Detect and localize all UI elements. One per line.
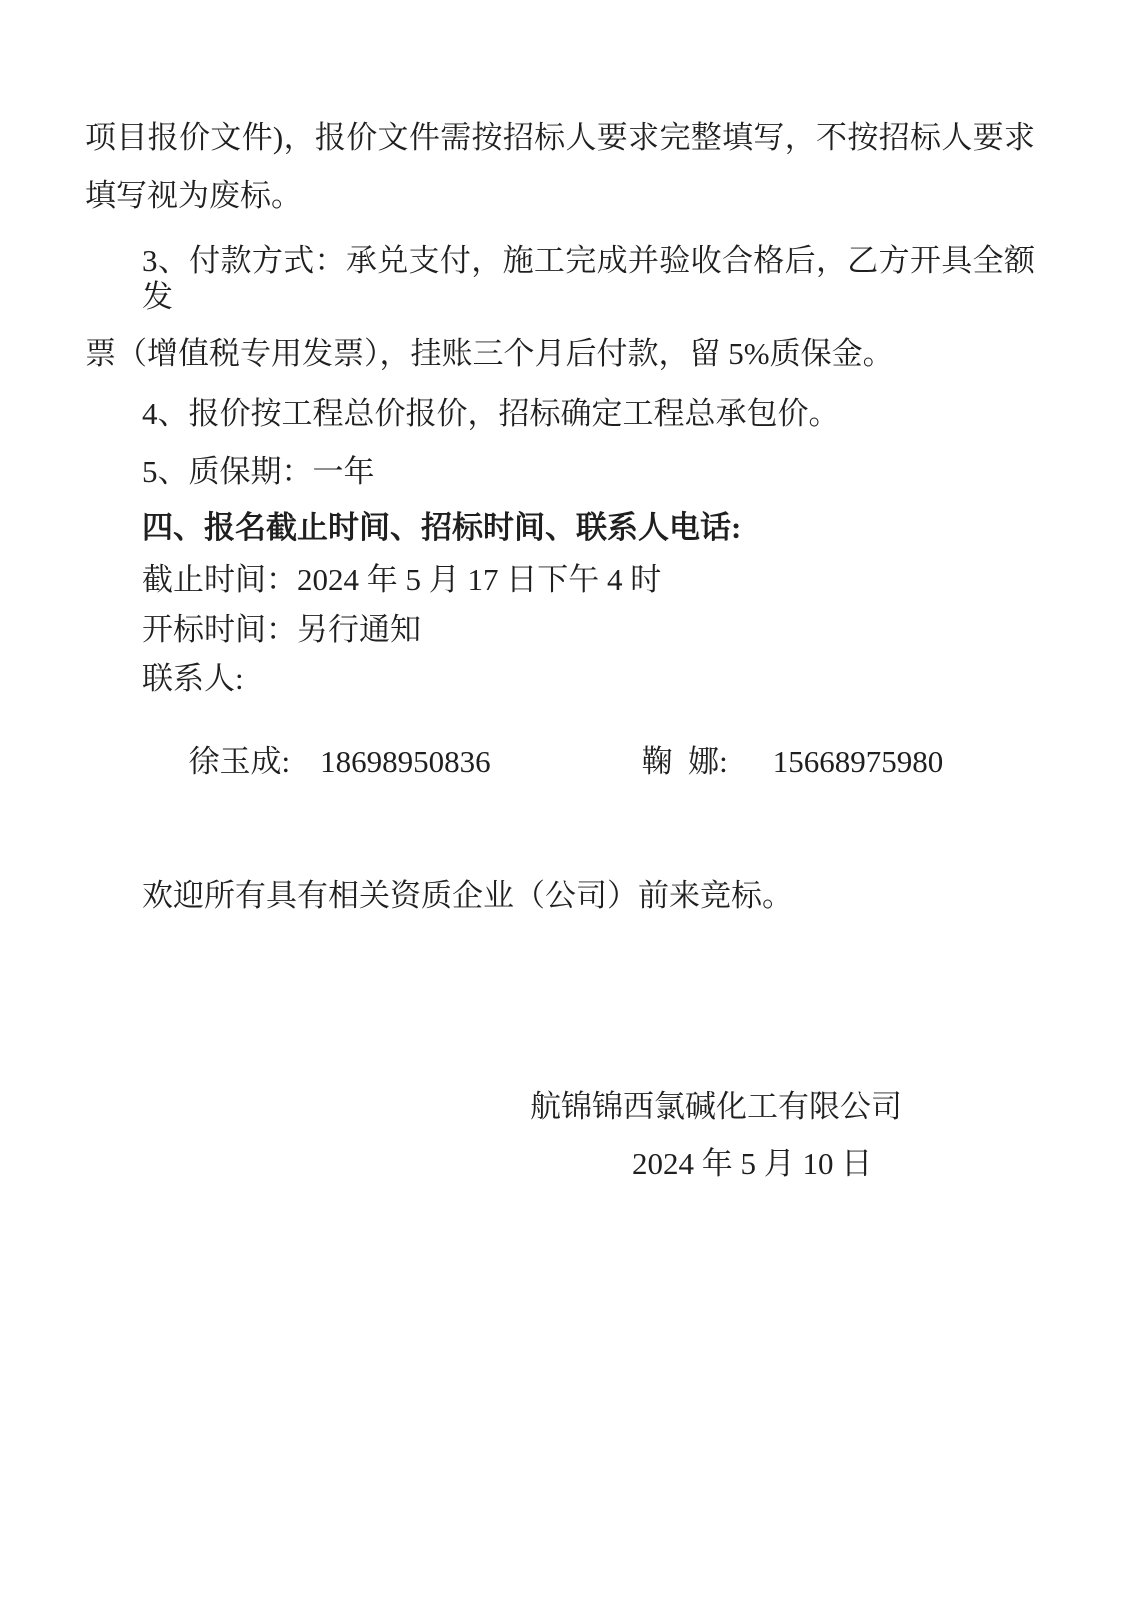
contacts-row: 徐玉成:18698950836鞠 娜:15668975980 [85,708,1035,816]
quote-item: 4、报价按工程总价报价，招标确定工程总承包价。 [85,396,1035,432]
warranty-item: 5、质保期：一年 [85,454,1035,490]
payment-item-line-1: 3、付款方式：承兑支付，施工完成并验收合格后，乙方开具全额发 [85,243,1035,315]
contacts-label: 联系人: [85,661,1035,697]
contact1-name: 徐玉成: [189,744,291,780]
contact1-phone: 18698950836 [320,744,491,780]
signature-date: 2024 年 5 月 10 日 [632,1146,1035,1182]
document-body: 项目报价文件)，报价文件需按招标人要求完整填写，不按招标人要求 填写视为废标。 … [0,120,1131,1182]
contact2-name: 鞠 娜: [642,744,728,780]
payment-item-line-2: 票（增值税专用发票），挂账三个月后付款，留 5%质保金。 [85,336,1035,372]
document-page: 项目报价文件)，报价文件需按招标人要求完整填写，不按招标人要求 填写视为废标。 … [0,0,1131,1600]
deadline-line: 截止时间：2024 年 5 月 17 日下午 4 时 [85,562,1035,598]
welcome-line: 欢迎所有具有相关资质企业（公司）前来竞标。 [85,878,1035,914]
bid-opening-line: 开标时间：另行通知 [85,612,1035,648]
section-heading: 四、报名截止时间、招标时间、联系人电话: [85,510,1035,546]
paragraph-continuation-line-2: 填写视为废标。 [85,178,1035,214]
signature-company: 航锦锦西氯碱化工有限公司 [530,1089,1035,1125]
paragraph-continuation-line-1: 项目报价文件)，报价文件需按招标人要求完整填写，不按招标人要求 [85,120,1035,156]
contact2-phone: 15668975980 [773,744,944,780]
